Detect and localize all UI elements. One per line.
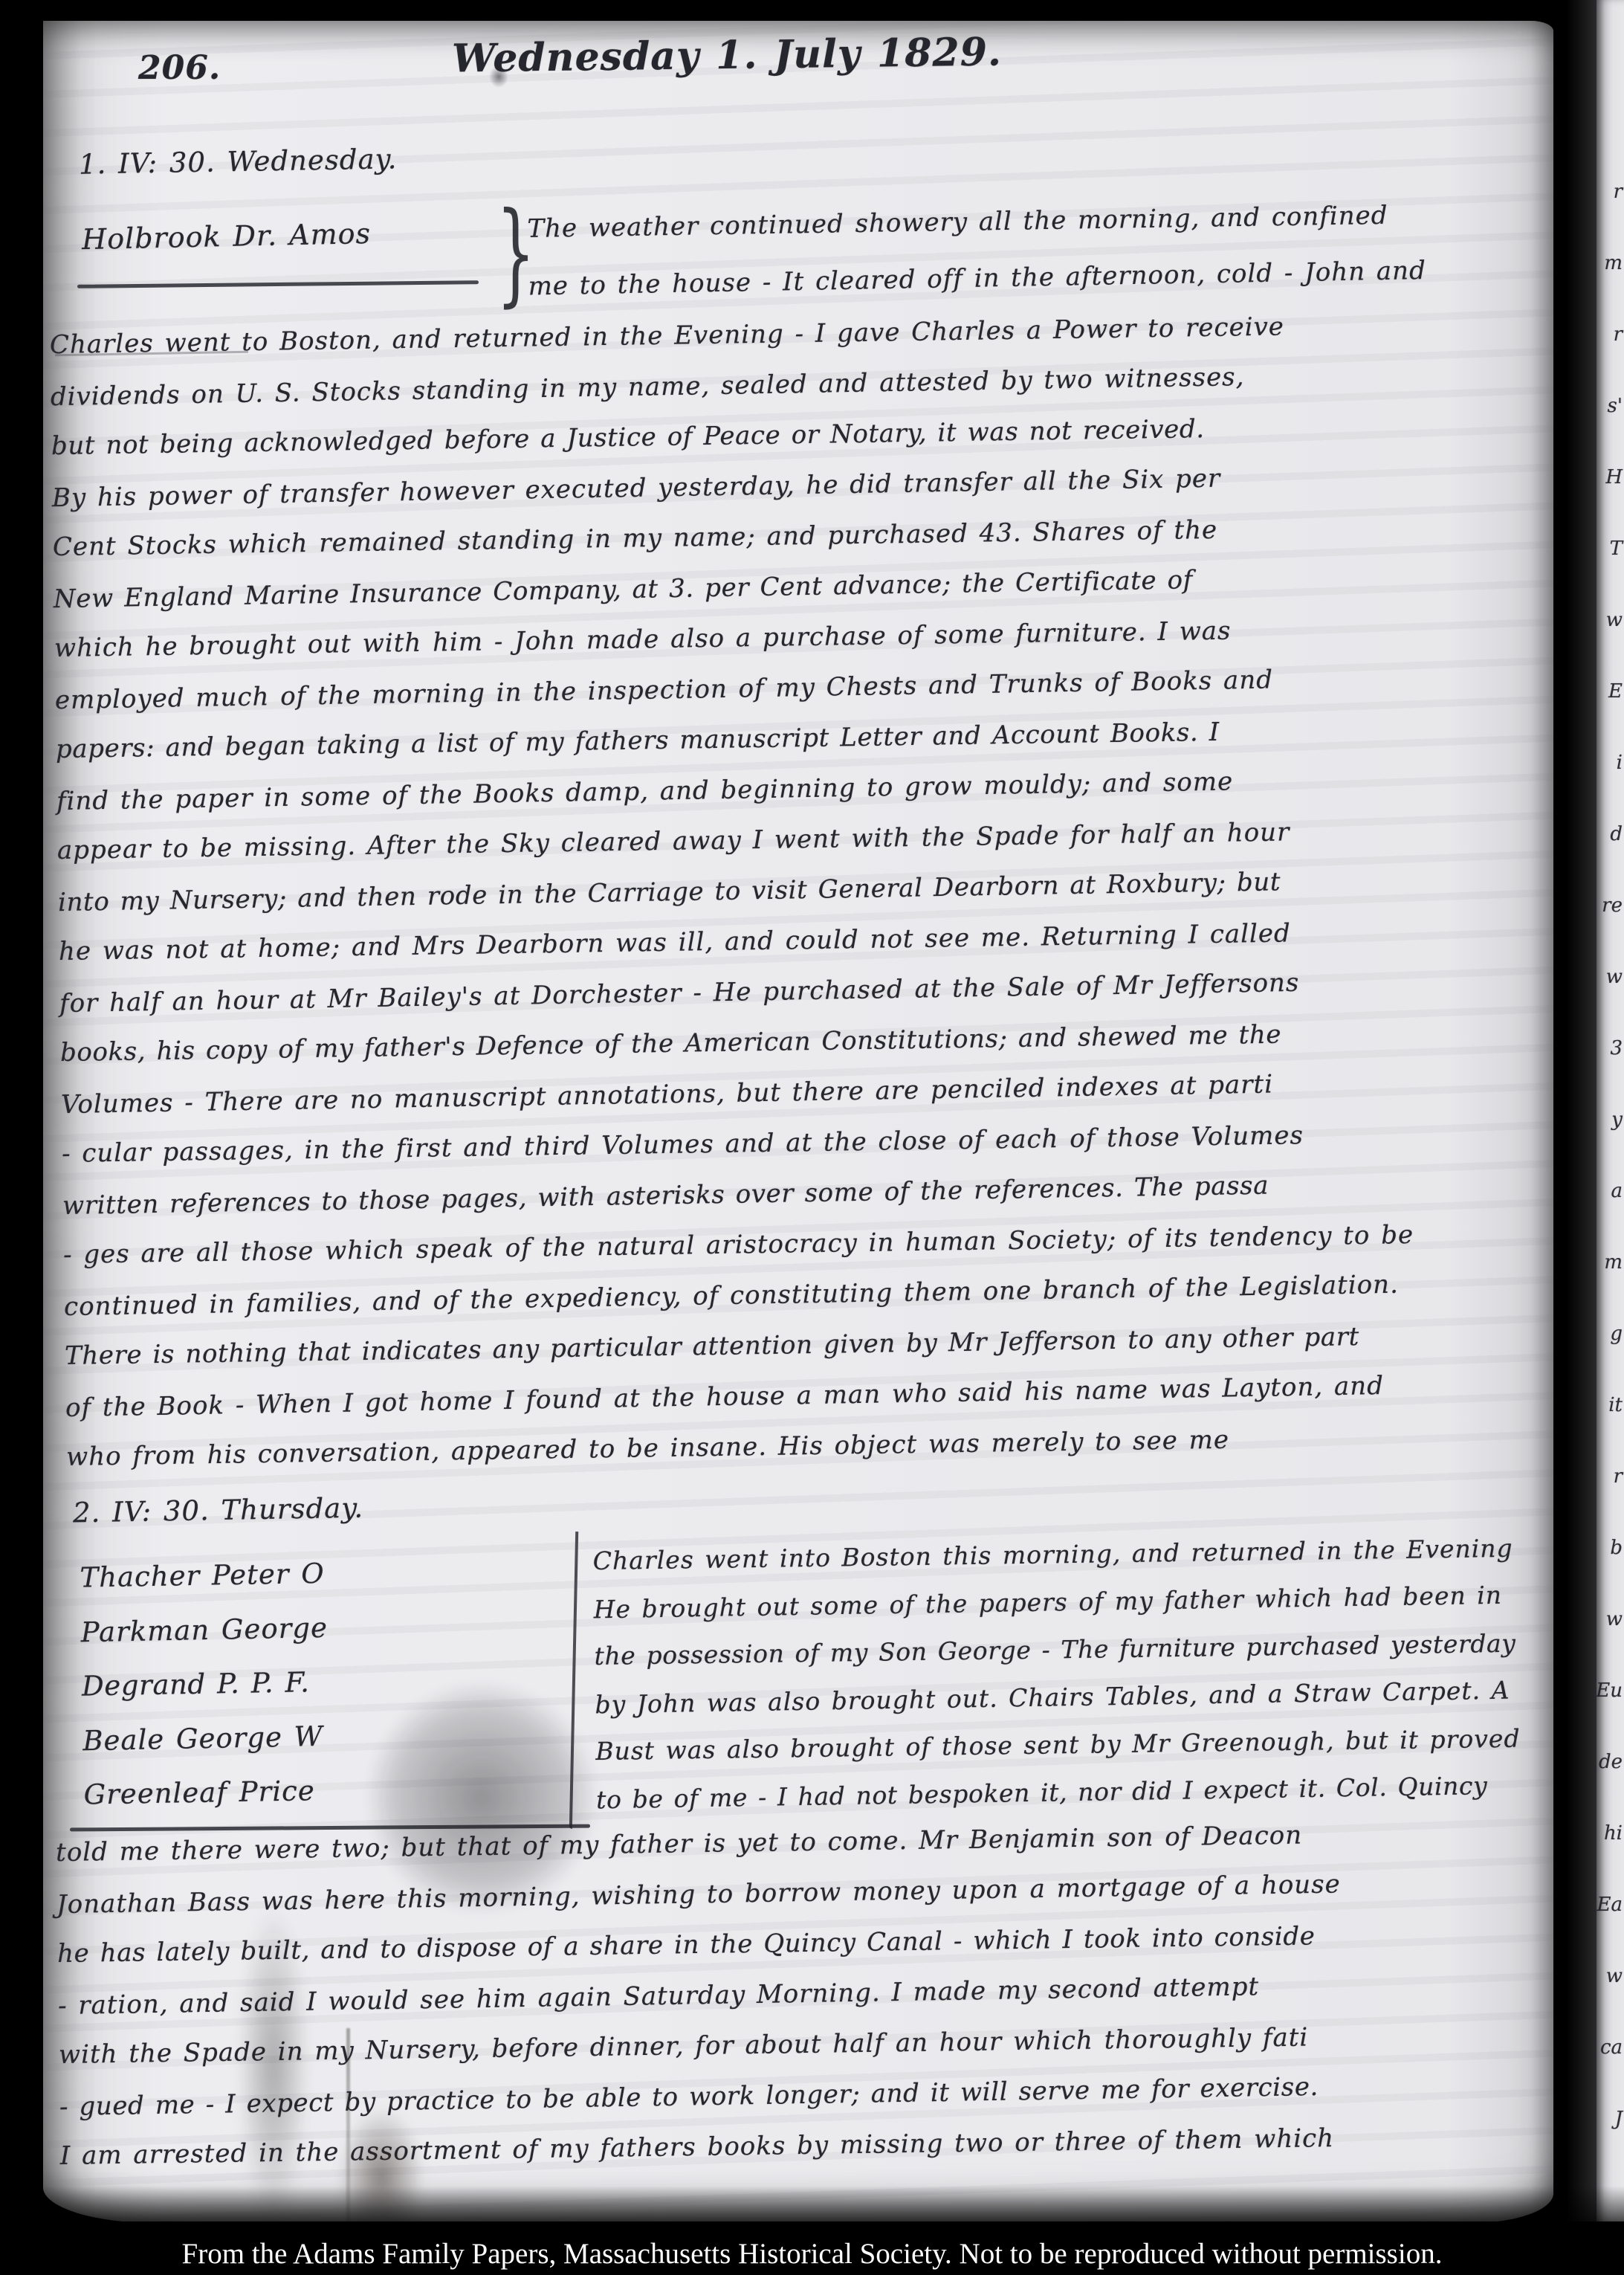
partial-letter-fragment: 3 <box>1610 1013 1623 1084</box>
partial-letter-fragment: i <box>1617 727 1623 798</box>
partial-letter-fragment: w <box>1606 1584 1623 1655</box>
margin-visitor-name: Thacher Peter O <box>80 1542 556 1604</box>
partial-letter-fragment: Ea <box>1597 1869 1623 1940</box>
partial-letter-fragment: ca <box>1600 2012 1623 2083</box>
book-gutter-shadow <box>1553 0 1596 2227</box>
entry2-body-lines: told me there were two; but that of my f… <box>56 1807 1553 2181</box>
entry2-heading: 2. IV: 30. Thursday. <box>73 1492 364 1529</box>
entry1-opening-lines: The weather continued showery all the mo… <box>527 184 1554 314</box>
margin-visitor-name: Beale George W <box>83 1705 559 1768</box>
partial-letter-fragment: r <box>1614 156 1623 227</box>
entry1-heading: 1. IV: 30. Wednesday. <box>79 143 398 180</box>
partial-letter-fragment: w <box>1606 1940 1623 2012</box>
partial-letter-fragment: T <box>1610 513 1623 584</box>
facing-page-text-fragments: rmrs'HTwEidrew3yamgitrbwEudehiEawcaJ <box>1596 0 1624 2155</box>
entry1-body-lines: Charles went to Boston, and returned in … <box>49 297 1559 1482</box>
partial-letter-fragment: H <box>1605 442 1623 513</box>
partial-letter-fragment: w <box>1606 584 1623 656</box>
partial-letter-fragment: hi <box>1604 1798 1623 1869</box>
partial-letter-fragment: r <box>1614 299 1623 370</box>
entry1-margin-visitor-name: Holbrook Dr. Amos <box>82 217 372 256</box>
partial-letter-fragment: m <box>1604 1227 1623 1298</box>
date-header: Wednesday 1. July 1829. <box>392 29 1062 83</box>
scanned-manuscript-page: 206. Wednesday 1. July 1829. 1. IV: 30. … <box>0 0 1624 2275</box>
partial-letter-fragment: it <box>1608 1369 1623 1441</box>
partial-letter-fragment: b <box>1610 1512 1623 1584</box>
partial-letter-fragment: re <box>1602 870 1623 941</box>
partial-letter-fragment: g <box>1610 1298 1623 1369</box>
credit-caption-text: From the Adams Family Papers, Massachuse… <box>0 2237 1624 2271</box>
partial-letter-fragment: J <box>1615 2083 1623 2155</box>
margin-visitor-name: Degrand P. P. F. <box>81 1650 557 1713</box>
partial-letter-fragment: y <box>1611 1084 1623 1155</box>
diary-page-sheet: 206. Wednesday 1. July 1829. 1. IV: 30. … <box>43 21 1553 2223</box>
partial-letter-fragment: a <box>1611 1155 1623 1227</box>
partial-letter-fragment: r <box>1614 1441 1623 1512</box>
page-number: 206. <box>138 49 221 87</box>
partial-letter-fragment: Eu <box>1596 1655 1623 1726</box>
partial-letter-fragment: de <box>1599 1726 1623 1798</box>
entry2-side-lines: Charles went into Boston this morning, a… <box>592 1524 1555 1823</box>
partial-letter-fragment: s' <box>1608 370 1623 442</box>
partial-letter-fragment: m <box>1604 227 1623 299</box>
margin-visitor-name: Greenleaf Price <box>83 1759 560 1821</box>
credit-caption-bar: From the Adams Family Papers, Massachuse… <box>0 2221 1624 2275</box>
entry1-margin-underline <box>77 280 479 288</box>
margin-visitor-name: Parkman George <box>80 1596 557 1659</box>
partial-letter-fragment: w <box>1606 941 1623 1013</box>
partial-letter-fragment: E <box>1608 656 1623 727</box>
facing-page-edge: rmrs'HTwEidrew3yamgitrbwEudehiEawcaJ <box>1596 0 1624 2224</box>
partial-letter-fragment: d <box>1610 798 1623 870</box>
entry2-margin-visitor-names: Thacher Peter OParkman GeorgeDegrand P. … <box>80 1542 560 1821</box>
entry2-margin-divider-line <box>569 1532 578 1829</box>
